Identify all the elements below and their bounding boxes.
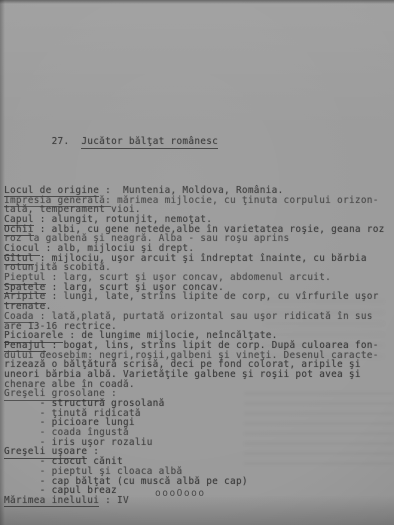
text-line: Ciocul : alb, mijlociu şi drept. xyxy=(4,244,392,254)
text-line: Capul : alungit, rotunjit, nemoţat. xyxy=(4,215,392,225)
typed-text-block: 27. Jucător bălţat românesc Locul de ori… xyxy=(4,118,392,525)
text-line: Greşeli uşoare : xyxy=(4,447,392,457)
page-title: 27. Jucător bălţat românesc xyxy=(4,137,392,166)
text-line: Aripile : lungi, late, strîns lipite de … xyxy=(4,292,392,302)
typewritten-document-photo: 27. Jucător bălţat românesc Locul de ori… xyxy=(0,0,394,525)
title-number: 27. xyxy=(4,136,81,147)
footer-typed-mark: oooOooo xyxy=(155,488,206,499)
text-line: Picioarele : de lungime mijlocie, neîncă… xyxy=(4,331,392,341)
text-line: Greşeli grosolane : xyxy=(4,389,392,399)
title-text: Jucător bălţat românesc xyxy=(81,136,218,149)
text-line: rizează o bălţătură scrisă, deci pe fond… xyxy=(4,360,392,370)
text-line: Pieptul : larg, scurt şi uşor concav, ab… xyxy=(4,273,392,283)
text-lines: Locul de origine : Muntenia, Moldova, Ro… xyxy=(4,186,392,506)
text-line: - cap bălţat (cu muscă albă pe cap) xyxy=(4,477,392,487)
